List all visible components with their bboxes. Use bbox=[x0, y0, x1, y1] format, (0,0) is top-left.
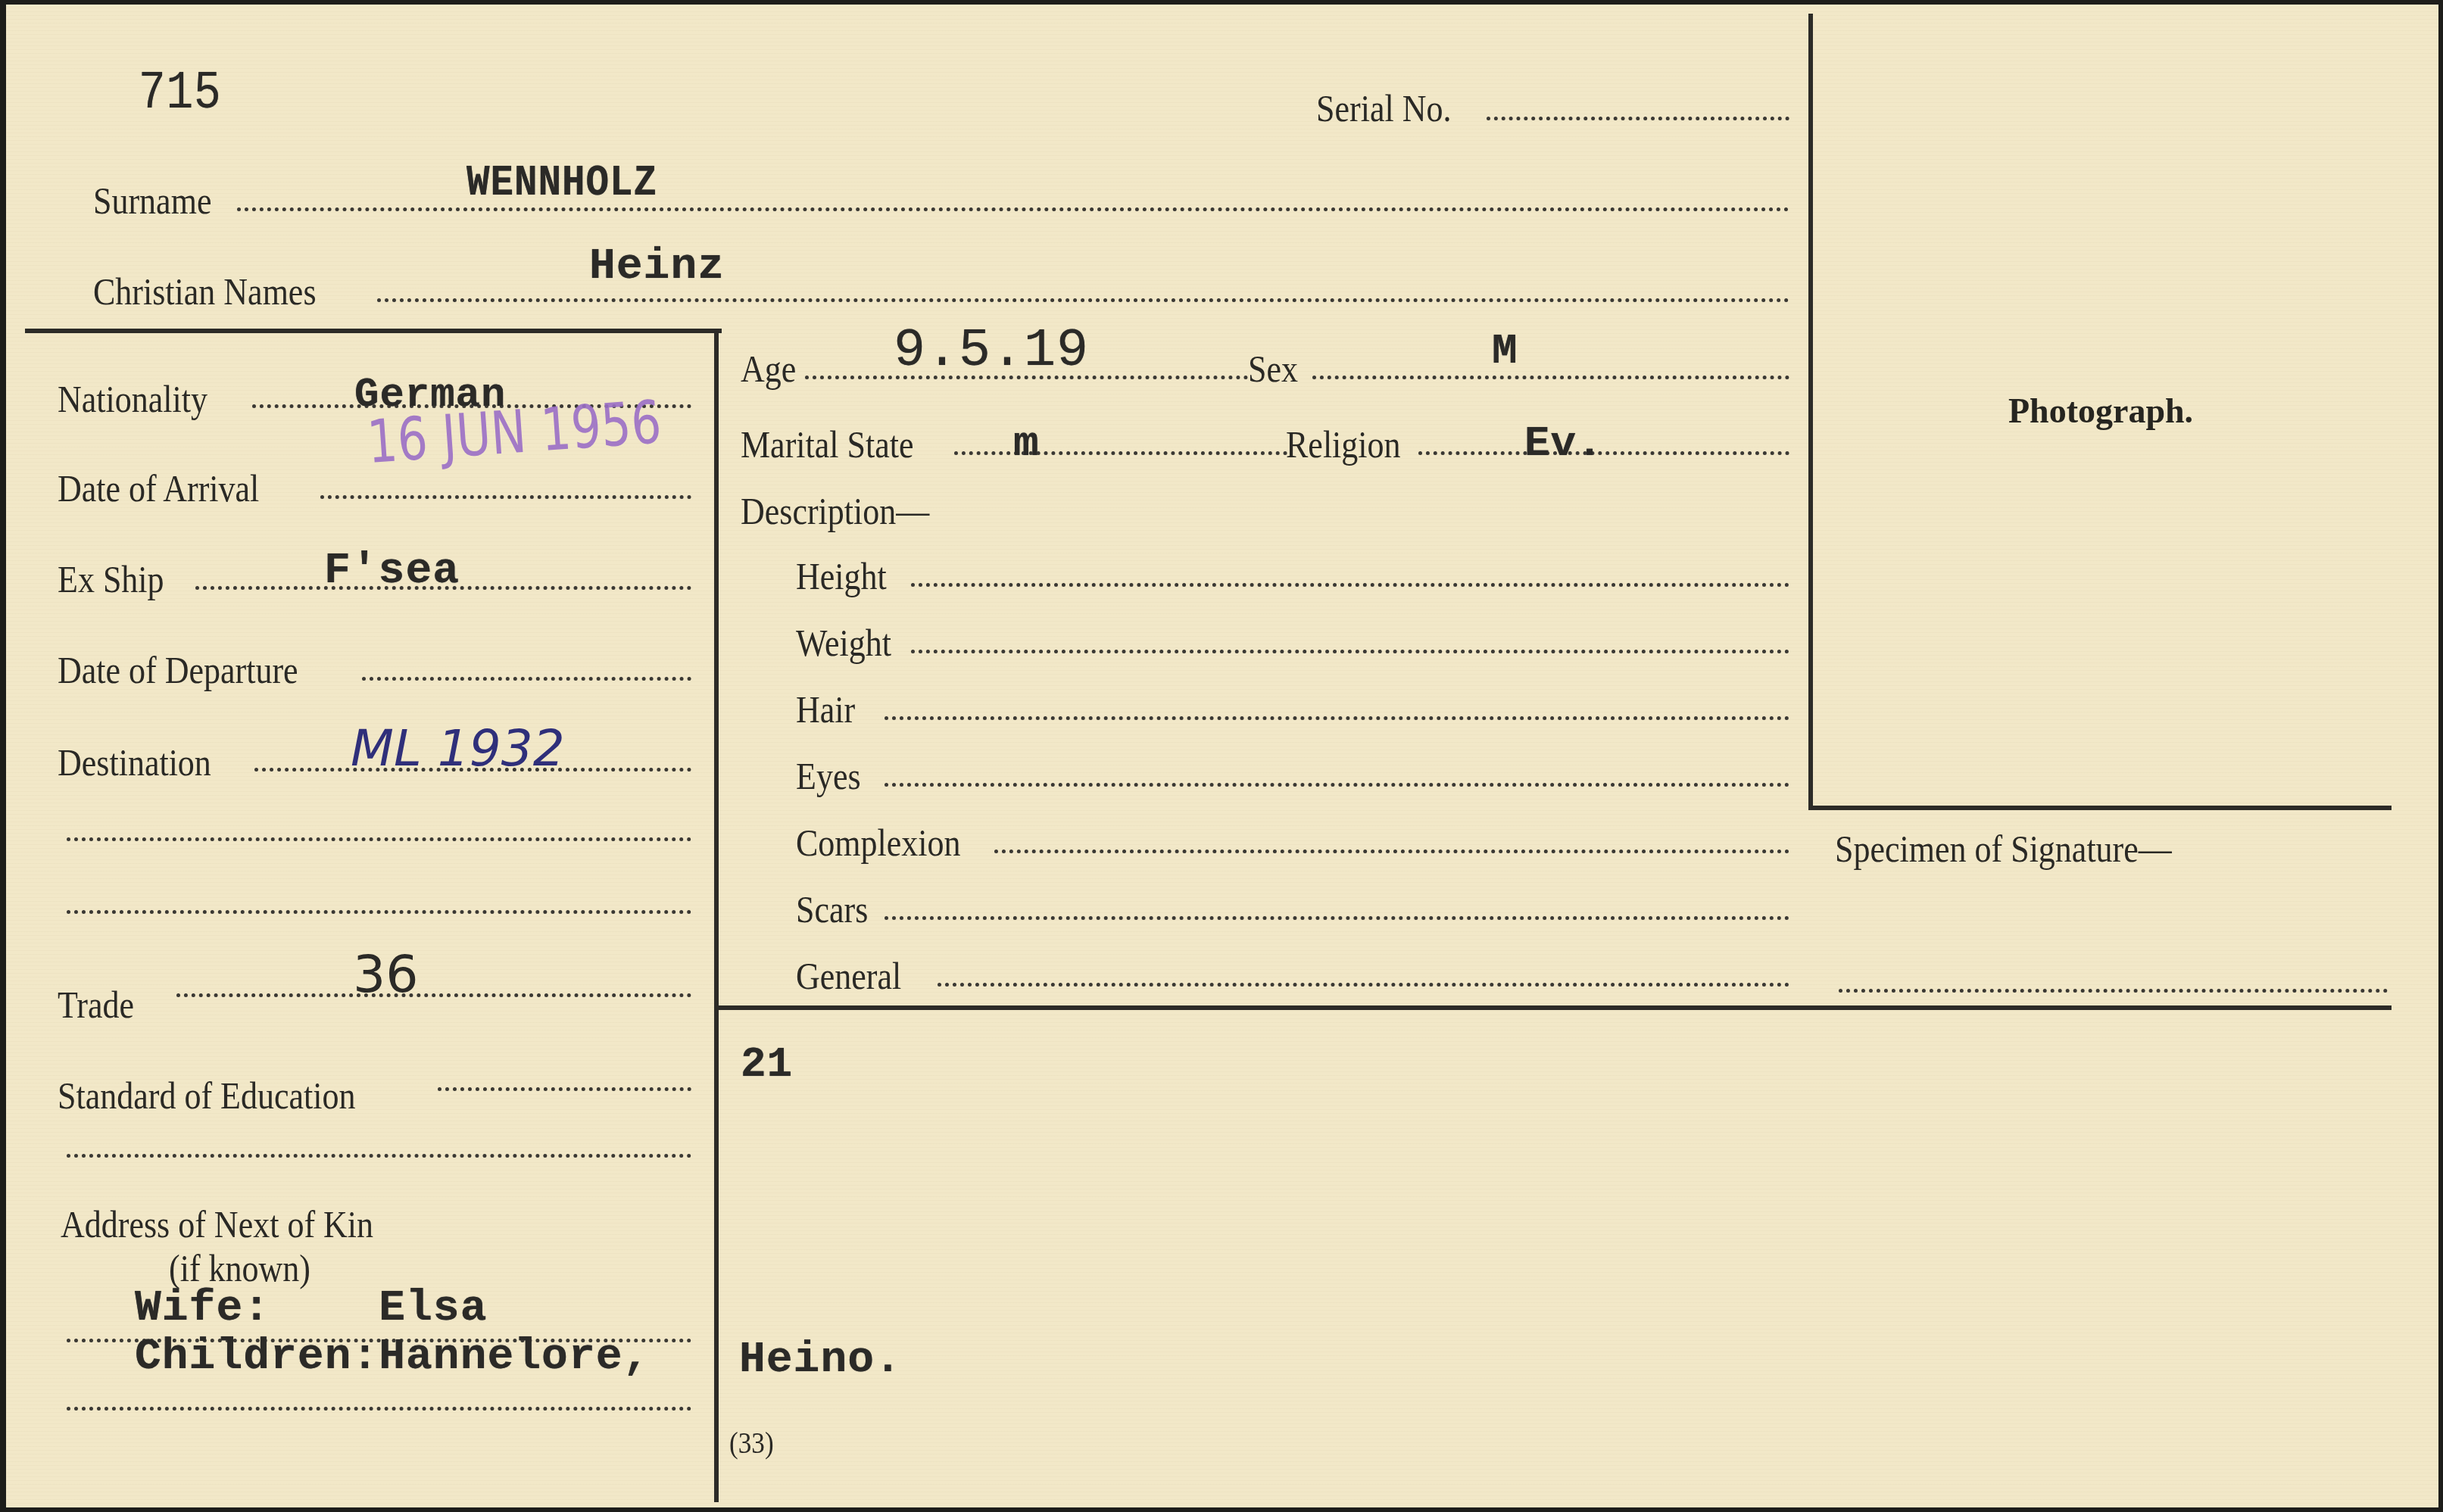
form-code: (33) bbox=[729, 1428, 774, 1458]
description-bottom-rule bbox=[718, 1005, 2392, 1010]
trade-label: Trade bbox=[58, 986, 134, 1024]
general-field[interactable] bbox=[938, 983, 1789, 987]
complexion-label: Complexion bbox=[796, 824, 961, 862]
date-of-arrival-field[interactable] bbox=[320, 495, 691, 499]
next-of-kin-line-2: Children:Hannelore, bbox=[135, 1336, 650, 1380]
photograph-label: Photograph. bbox=[2008, 391, 2193, 431]
complexion-field[interactable] bbox=[994, 850, 1789, 853]
education-extra-line[interactable] bbox=[67, 1154, 691, 1158]
description-label: Description— bbox=[741, 492, 929, 530]
weight-label: Weight bbox=[796, 624, 891, 662]
photo-box-bottom-rule bbox=[1808, 806, 2392, 810]
next-of-kin-sublabel: (if known) bbox=[169, 1249, 310, 1287]
christian-names-value: Heinz bbox=[589, 245, 725, 289]
marital-state-field[interactable] bbox=[954, 451, 1287, 455]
left-section-top-rule bbox=[25, 329, 722, 333]
surname-label: Surname bbox=[93, 182, 211, 220]
signature-field[interactable] bbox=[1839, 989, 2388, 993]
destination-value: ML 1932 bbox=[351, 724, 565, 774]
serial-no-label: Serial No. bbox=[1316, 89, 1451, 127]
trade-value: 36 bbox=[353, 949, 419, 1001]
standard-of-education-label: Standard of Education bbox=[58, 1077, 355, 1115]
signature-label: Specimen of Signature— bbox=[1835, 830, 2172, 868]
destination-label: Destination bbox=[58, 744, 211, 781]
next-of-kin-line-1: Wife: Elsa bbox=[135, 1287, 487, 1331]
religion-label: Religion bbox=[1286, 426, 1401, 463]
age-label: Age bbox=[741, 350, 796, 388]
immigration-record-card: 715 Serial No. Surname WENNHOLZ Christia… bbox=[6, 5, 2438, 1507]
next-of-kin-label: Address of Next of Kin bbox=[61, 1205, 373, 1243]
photograph-placeholder[interactable]: Photograph. bbox=[1817, 15, 2389, 803]
sex-value: M bbox=[1492, 330, 1518, 373]
height-label: Height bbox=[796, 557, 887, 595]
hair-field[interactable] bbox=[885, 716, 1789, 720]
next-of-kin-line-2-continued: Heino. bbox=[739, 1339, 902, 1383]
next-of-kin-field-2[interactable] bbox=[67, 1407, 691, 1411]
sex-field[interactable] bbox=[1312, 376, 1789, 379]
hair-label: Hair bbox=[796, 691, 855, 728]
ex-ship-value: F'sea bbox=[324, 550, 460, 594]
religion-value: Ev. bbox=[1524, 422, 1603, 465]
destination-extra-line-1[interactable] bbox=[67, 837, 691, 841]
date-of-departure-label: Date of Departure bbox=[58, 651, 298, 689]
christian-names-label: Christian Names bbox=[93, 273, 317, 310]
scars-field[interactable] bbox=[885, 916, 1789, 920]
destination-extra-line-2[interactable] bbox=[67, 910, 691, 914]
eyes-label: Eyes bbox=[796, 757, 861, 795]
sex-label: Sex bbox=[1248, 350, 1298, 388]
remarks-number: 21 bbox=[741, 1043, 793, 1086]
trade-field[interactable] bbox=[176, 993, 691, 997]
serial-no-field[interactable] bbox=[1487, 117, 1789, 120]
height-field[interactable] bbox=[911, 583, 1789, 587]
christian-names-field[interactable] bbox=[377, 298, 1789, 302]
religion-field[interactable] bbox=[1418, 451, 1789, 455]
date-of-departure-field[interactable] bbox=[362, 677, 691, 681]
general-label: General bbox=[796, 957, 901, 995]
card-number: 715 bbox=[139, 68, 222, 121]
left-column-divider bbox=[714, 329, 719, 1502]
date-of-arrival-label: Date of Arrival bbox=[58, 469, 259, 507]
surname-value: WENNHOLZ bbox=[466, 162, 657, 206]
marital-state-label: Marital State bbox=[741, 426, 913, 463]
eyes-field[interactable] bbox=[885, 783, 1789, 787]
photo-box-left-rule bbox=[1808, 14, 1813, 809]
scars-label: Scars bbox=[796, 890, 868, 928]
marital-state-value: m bbox=[1013, 422, 1040, 465]
ex-ship-label: Ex Ship bbox=[58, 560, 164, 598]
standard-of-education-field[interactable] bbox=[438, 1087, 691, 1091]
age-value: 9.5.19 bbox=[894, 326, 1089, 379]
nationality-label: Nationality bbox=[58, 380, 207, 418]
weight-field[interactable] bbox=[911, 650, 1789, 653]
